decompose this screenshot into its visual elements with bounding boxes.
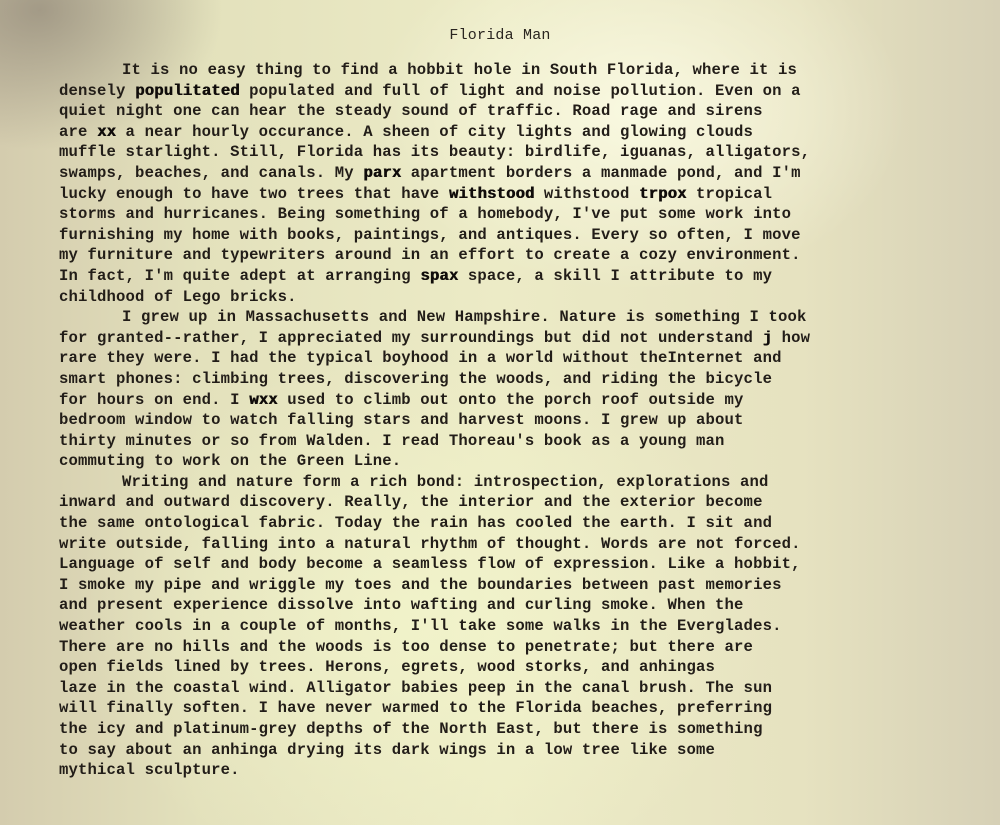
text-line: for hours on end. I wxx used to climb ou… [59,390,810,411]
line-text: childhood of Lego bricks. [59,288,297,306]
text-line: will finally soften. I have never warmed… [59,698,810,719]
line-text: laze in the coastal wind. Alligator babi… [59,679,772,697]
line-text: muffle starlight. Still, Florida has its… [59,143,810,161]
line-text: tropical [687,185,773,203]
text-line: are xx a near hourly occurance. A sheen … [59,122,810,143]
line-text: furnishing my home with books, paintings… [59,226,801,244]
line-text: to say about an anhinga drying its dark … [59,741,715,759]
text-line: childhood of Lego bricks. [59,287,810,308]
text-line: my furniture and typewriters around in a… [59,245,810,266]
line-text: Writing and nature form a rich bond: int… [122,473,769,491]
line-text: bedroom window to watch falling stars an… [59,411,744,429]
line-text: apartment borders a manmade pond, and I'… [401,164,800,182]
text-line: and present experience dissolve into waf… [59,595,810,616]
line-text: and present experience dissolve into waf… [59,596,744,614]
text-line: smart phones: climbing trees, discoverin… [59,369,810,390]
line-text: how [772,329,810,347]
struck-out-typing: populitated [135,82,240,100]
line-text: will finally soften. I have never warmed… [59,699,772,717]
line-text: withstood [534,185,639,203]
text-line: In fact, I'm quite adept at arranging sp… [59,266,810,287]
line-text: mythical sculpture. [59,761,240,779]
line-text: I smoke my pipe and wriggle my toes and … [59,576,782,594]
line-text: thirty minutes or so from Walden. I read… [59,432,725,450]
text-line: swamps, beaches, and canals. My parx apa… [59,163,810,184]
struck-out-typing: trpox [639,185,687,203]
text-line: for granted--rather, I appreciated my su… [59,328,810,349]
line-text: storms and hurricanes. Being something o… [59,205,791,223]
document-title: Florida Man [0,27,1000,44]
text-line: muffle starlight. Still, Florida has its… [59,142,810,163]
line-text: rare they were. I had the typical boyhoo… [59,349,782,367]
text-line: Language of self and body become a seaml… [59,554,810,575]
struck-out-typing: j [763,329,773,347]
struck-out-typing: parx [363,164,401,182]
line-text: write outside, falling into a natural rh… [59,535,801,553]
text-line: storms and hurricanes. Being something o… [59,204,810,225]
line-text: a near hourly occurance. A sheen of city… [116,123,753,141]
line-text: densely [59,82,135,100]
text-line: bedroom window to watch falling stars an… [59,410,810,431]
text-line: mythical sculpture. [59,760,810,781]
text-line: thirty minutes or so from Walden. I read… [59,431,810,452]
text-line: rare they were. I had the typical boyhoo… [59,348,810,369]
text-line: I grew up in Massachusetts and New Hamps… [59,307,810,328]
line-text: In fact, I'm quite adept at arranging [59,267,420,285]
text-line: weather cools in a couple of months, I'l… [59,616,810,637]
line-text: for hours on end. I [59,391,249,409]
struck-out-typing: withstood [449,185,535,203]
line-text: populated and full of light and noise po… [240,82,801,100]
line-text: space, a skill I attribute to my [458,267,772,285]
struck-out-typing: wxx [249,391,278,409]
text-line: densely populitated populated and full o… [59,81,810,102]
line-text: swamps, beaches, and canals. My [59,164,363,182]
line-text: my furniture and typewriters around in a… [59,246,801,264]
line-text: quiet night one can hear the steady soun… [59,102,763,120]
text-line: Writing and nature form a rich bond: int… [59,472,810,493]
line-text: It is no easy thing to find a hobbit hol… [122,61,797,79]
document-body: It is no easy thing to find a hobbit hol… [59,60,810,781]
line-text: smart phones: climbing trees, discoverin… [59,370,772,388]
text-line: quiet night one can hear the steady soun… [59,101,810,122]
line-text: the same ontological fabric. Today the r… [59,514,772,532]
text-line: inward and outward discovery. Really, th… [59,492,810,513]
text-line: to say about an anhinga drying its dark … [59,740,810,761]
typewritten-page: Florida Man It is no easy thing to find … [0,0,1000,825]
struck-out-typing: xx [97,123,116,141]
text-line: There are no hills and the woods is too … [59,637,810,658]
line-text: the icy and platinum-grey depths of the … [59,720,763,738]
line-text: Language of self and body become a seaml… [59,555,801,573]
text-line: furnishing my home with books, paintings… [59,225,810,246]
line-text: inward and outward discovery. Really, th… [59,493,763,511]
text-line: lucky enough to have two trees that have… [59,184,810,205]
text-line: write outside, falling into a natural rh… [59,534,810,555]
text-line: commuting to work on the Green Line. [59,451,810,472]
text-line: It is no easy thing to find a hobbit hol… [59,60,810,81]
struck-out-typing: spax [420,267,458,285]
line-text: used to climb out onto the porch roof ou… [278,391,744,409]
line-text: There are no hills and the woods is too … [59,638,753,656]
line-text: for granted--rather, I appreciated my su… [59,329,763,347]
line-text: lucky enough to have two trees that have [59,185,449,203]
text-line: the same ontological fabric. Today the r… [59,513,810,534]
line-text: commuting to work on the Green Line. [59,452,401,470]
text-line: laze in the coastal wind. Alligator babi… [59,678,810,699]
line-text: I grew up in Massachusetts and New Hamps… [122,308,807,326]
line-text: are [59,123,97,141]
text-line: I smoke my pipe and wriggle my toes and … [59,575,810,596]
line-text: weather cools in a couple of months, I'l… [59,617,782,635]
text-line: open fields lined by trees. Herons, egre… [59,657,810,678]
line-text: open fields lined by trees. Herons, egre… [59,658,715,676]
text-line: the icy and platinum-grey depths of the … [59,719,810,740]
